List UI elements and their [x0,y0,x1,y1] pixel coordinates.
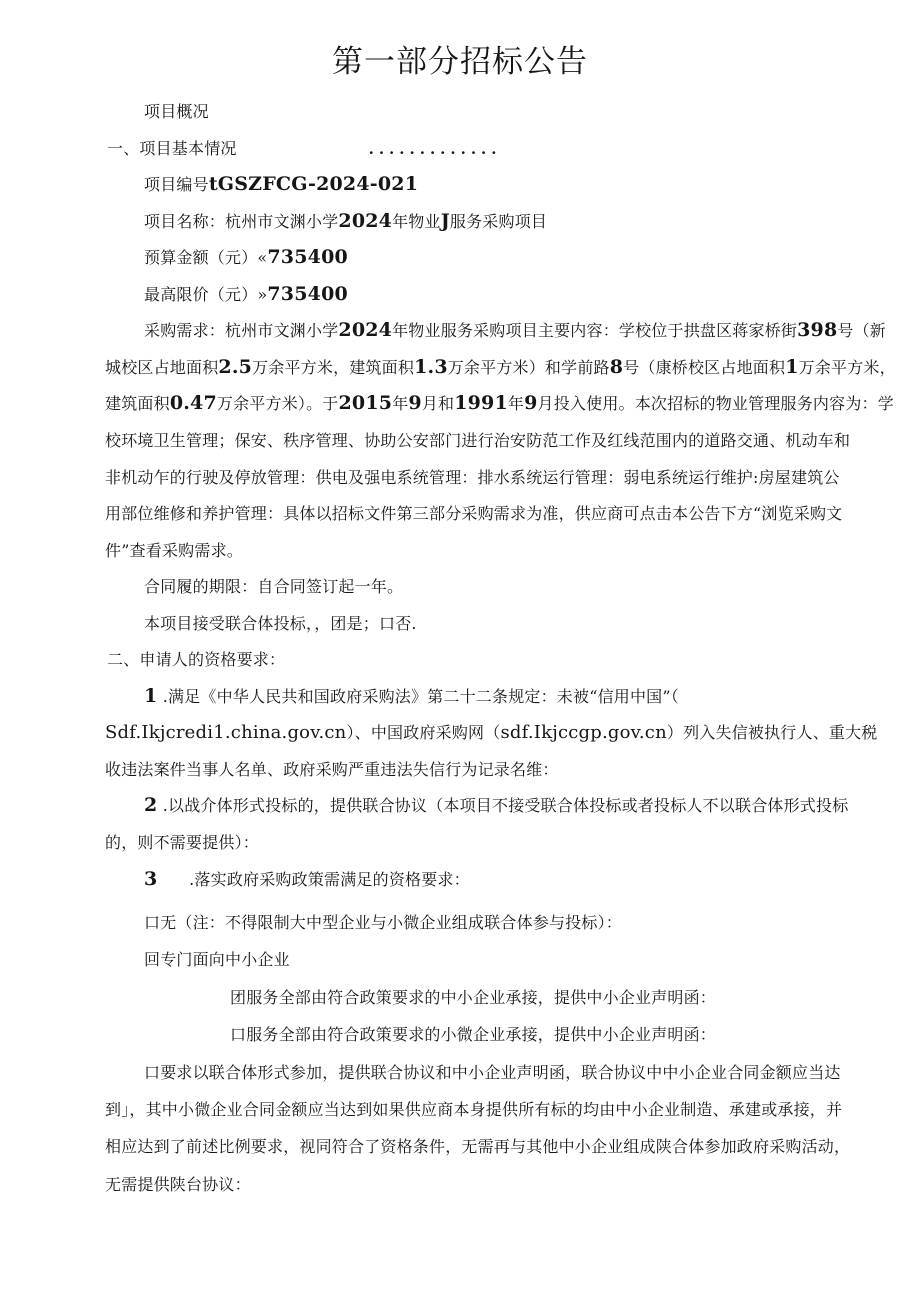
text-run: Sdf.Ikjcredi1.china.gov.cn [105,722,346,743]
text-run: 9 [408,392,421,414]
text-run: 项目名称：杭州市文渊小学 [144,212,338,231]
text-run: 9 [524,392,537,414]
text-run: 回专门面向中小企业 [144,950,290,969]
doc-line: 建筑面积0.47万余平方米）。于2015年9月和1991年9月投入使用。本次招标… [105,391,894,414]
text-run: 398 [797,319,837,341]
text-run: 年物业 [392,212,441,231]
text-run: 服务采购项目 [450,212,547,231]
text-run: 二、申请人的资格要求： [107,650,285,669]
text-run: 建筑面积 [105,394,170,413]
text-run: 口要求以联合体形式参加，提供联合协议和中小企业声明函，联合协议中中小企业合同金额… [144,1063,841,1082]
doc-line: 项目名称：杭州市文渊小学2024年物业J服务采购项目 [144,209,547,232]
text-run: 团服务全部由符合政策要求的中小企业承接，提供中小企业声明函： [230,988,716,1007]
text-run: 口服务全部由符合政策要求的小微企业承接，提供中小企业声明函： [230,1025,716,1044]
text-run: ）列入失信被执行人、重大税 [667,723,878,742]
text-run: 1.3 [414,356,448,378]
text-run: ）、中国政府采购网（ [346,723,500,742]
doc-line: 校环境卫生管理；保安、秩序管理、协助公安部门进行治安防范工作及红线范围内的道路交… [105,428,850,451]
text-run: 2024 [338,210,392,232]
doc-line: 1 .满足《中华人民共和国政府采购法》第二十二条规定：未被“信用中国”（ [144,684,679,707]
doc-line: 件”查看采购需求。 [105,538,243,561]
text-run: 年物业服务采购项目主要内容：学校位于拱盘区蒋家桥街 [392,321,797,340]
text-run: 口无（注：不得限制大中型企业与小微企业组成联合体参与投标）： [144,913,622,932]
dotted-leader: ............. [369,140,502,158]
doc-line: 城校区占地面积2.5万余平方米，建筑面积1.3万余平方米）和学前路8号（康桥校区… [105,355,896,378]
text-run: 2.5 [218,356,252,378]
text-run: 1 [785,356,798,378]
text-run: 2 [144,794,157,816]
text-run: 月和 [422,394,454,413]
text-run: 合同履的期限：自合同签订起一年。 [144,577,403,596]
doc-line: 的，则不需要提供）： [105,830,259,853]
text-run: 到」，其中小微企业合同金额应当达到如果供应商本身提供所有标的均由中小企业制造、承… [105,1100,842,1119]
document-title: 第一部分招标公告 [0,36,920,81]
text-run: 万余平方米，建筑面积 [252,358,414,377]
doc-line: 回专门面向中小企业 [144,947,290,970]
doc-line: 3 .落实政府采购政策需满足的资格要求： [144,867,470,890]
doc-line: 口要求以联合体形式参加，提供联合协议和中小企业声明函，联合协议中中小企业合同金额… [144,1060,841,1083]
text-run: 号（康桥校区占地面积 [623,358,785,377]
text-run: 一、项目基本情况 [107,139,237,158]
doc-line: 项目概况 [144,99,209,122]
text-run: 3 [144,868,157,890]
text-run: .落实政府采购政策需满足的资格要求： [157,870,469,889]
text-run: 本项目接受联合体投标，，团是；口否. [144,614,417,633]
doc-line: 最高限价（元）»735400 [144,282,348,305]
text-run: 收违法案件当事人名单、政府采购严重违法失信行为记录名维： [105,760,559,779]
text-run: 月投入使用。本次招标的物业管理服务内容为：学 [538,394,894,413]
doc-line: 相应达到了前述比例要求，视同符合了资格条件，无需再与其他中小企业组成陕合体参加政… [105,1134,850,1157]
text-run: 采购需求：杭州市文渊小学 [144,321,338,340]
doc-line: 采购需求：杭州市文渊小学2024年物业服务采购项目主要内容：学校位于拱盘区蒋家桥… [144,318,886,341]
text-run: 项目概况 [144,102,209,121]
doc-line: 预算金额（元）«735400 [144,245,348,268]
text-run: 预算金额（元）« [144,248,267,267]
doc-line: 收违法案件当事人名单、政府采购严重违法失信行为记录名维： [105,757,559,780]
doc-line: 项目编号tGSZFCG-2024-021 [144,172,418,195]
text-run: 8 [610,356,623,378]
text-run: 0.47 [170,392,217,414]
text-run: 无需提供陕台协议： [105,1175,251,1194]
text-run: 万余平方米）和学前路 [448,358,610,377]
doc-line: 用部位维修和养护管理：具体以招标文件第三部分采购需求为准，供应商可点击本公告下方… [105,501,842,524]
text-run: J [441,210,450,232]
text-run: 年 [392,394,408,413]
text-run: 校环境卫生管理；保安、秩序管理、协助公安部门进行治安防范工作及红线范围内的道路交… [105,431,850,450]
text-run: 最高限价（元）» [144,285,267,304]
text-run: 件”查看采购需求。 [105,541,243,560]
text-run: .以战介体形式投标的，提供联合协议（本项目不接受联合体投标或者投标人不以联合体形… [157,796,848,815]
text-run: 项目编号 [144,175,209,194]
doc-line: 团服务全部由符合政策要求的中小企业承接，提供中小企业声明函： [230,985,716,1008]
doc-line: 到」，其中小微企业合同金额应当达到如果供应商本身提供所有标的均由中小企业制造、承… [105,1097,842,1120]
text-run: 1 [144,685,157,707]
doc-line: 口无（注：不得限制大中型企业与小微企业组成联合体参与投标）： [144,910,622,933]
doc-line: 二、申请人的资格要求： [107,647,285,670]
text-run: 1991 [454,392,508,414]
doc-line: 无需提供陕台协议： [105,1172,251,1195]
text-run: 万余平方米， [799,358,896,377]
text-run: 非机动乍的行驶及停放管理：供电及强电系统管理：排水系统运行管理：弱电系统运行维护… [105,468,840,487]
doc-line: 一、项目基本情况............. [107,136,502,159]
text-run: 相应达到了前述比例要求，视同符合了资格条件，无需再与其他中小企业组成陕合体参加政… [105,1137,850,1156]
text-run: sdf.Ikjccgp.gov.cn [500,722,666,743]
doc-line: 非机动乍的行驶及停放管理：供电及强电系统管理：排水系统运行管理：弱电系统运行维护… [105,465,840,488]
text-run: 735400 [267,283,348,305]
text-run: 2015 [339,392,393,414]
text-run: 年 [508,394,524,413]
text-run: 城校区占地面积 [105,358,218,377]
text-run: 号（新 [837,321,886,340]
text-run: .满足《中华人民共和国政府采购法》第二十二条规定：未被“信用中国”（ [157,687,679,706]
document-page: 第一部分招标公告 项目概况一、项目基本情况.............项目编号tG… [0,0,920,1301]
text-run: 2024 [338,319,392,341]
doc-line: 本项目接受联合体投标，，团是；口否. [144,611,417,634]
doc-line: 2 .以战介体形式投标的，提供联合协议（本项目不接受联合体投标或者投标人不以联合… [144,793,848,816]
doc-line: 口服务全部由符合政策要求的小微企业承接，提供中小企业声明函： [230,1022,716,1045]
text-run: tGSZFCG-2024-021 [209,173,418,195]
text-run: 735400 [267,246,348,268]
text-run: 万余平方米）。于 [217,394,339,413]
text-run: 的，则不需要提供）： [105,833,259,852]
doc-line: 合同履的期限：自合同签订起一年。 [144,574,403,597]
doc-line: Sdf.Ikjcredi1.china.gov.cn）、中国政府采购网（sdf.… [105,720,878,743]
text-run: 用部位维修和养护管理：具体以招标文件第三部分采购需求为准，供应商可点击本公告下方… [105,504,842,523]
